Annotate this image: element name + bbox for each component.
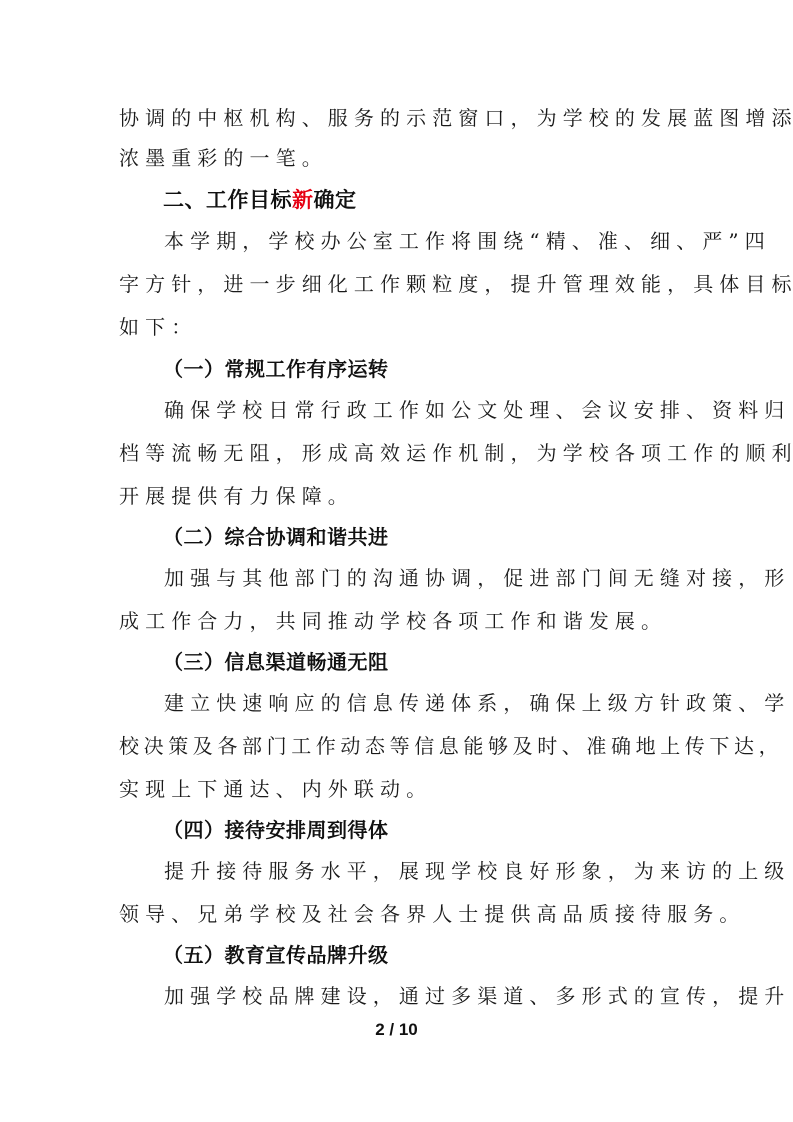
section-heading-prefix: 二、工作目标	[163, 188, 292, 212]
paragraph-line: 领导、兄弟学校及社会各界人士提供高品质接待服务。	[119, 902, 675, 926]
paragraph-line: 开展提供有力保障。	[119, 484, 675, 508]
subsection-heading: （五）教育宣传品牌升级	[163, 943, 389, 967]
paragraph-line: 浓墨重彩的一笔。	[119, 146, 675, 170]
paragraph-line: 建立快速响应的信息传递体系，确保上级方针政策、学	[164, 691, 720, 715]
paragraph-line: 本学期，学校办公室工作将围绕“精、准、细、严”四	[164, 229, 720, 253]
paragraph-line: 档等流畅无阻，形成高效运作机制，为学校各项工作的顺利	[119, 441, 675, 465]
section-heading-suffix: 确定	[314, 188, 357, 212]
subsection-heading: （三）信息渠道畅通无阻	[163, 650, 389, 674]
paragraph-line: 字方针，进一步细化工作颗粒度，提升管理效能，具体目标	[119, 272, 675, 296]
page-indicator: 2 / 10	[0, 1020, 793, 1040]
paragraph-line: 提升接待服务水平，展现学校良好形象，为来访的上级	[164, 859, 720, 883]
paragraph-line: 实现上下通达、内外联动。	[119, 777, 675, 801]
section-heading: 二、工作目标新确定	[163, 187, 357, 213]
document-page: 协调的中枢机构、服务的示范窗口，为学校的发展蓝图增添 浓墨重彩的一笔。 二、工作…	[0, 0, 793, 1122]
paragraph-line: 协调的中枢机构、服务的示范窗口，为学校的发展蓝图增添	[119, 106, 675, 130]
subsection-heading: （四）接待安排周到得体	[163, 818, 389, 842]
paragraph-line: 确保学校日常行政工作如公文处理、会议安排、资料归	[164, 398, 720, 422]
subsection-heading: （一）常规工作有序运转	[163, 357, 389, 381]
paragraph-line: 成工作合力，共同推动学校各项工作和谐发展。	[119, 609, 675, 633]
paragraph-line: 校决策及各部门工作动态等信息能够及时、准确地上传下达，	[119, 734, 675, 758]
section-heading-highlight: 新	[292, 188, 314, 212]
paragraph-line: 加强与其他部门的沟通协调，促进部门间无缝对接，形	[164, 566, 720, 590]
subsection-heading: （二）综合协调和谐共进	[163, 525, 389, 549]
paragraph-line: 加强学校品牌建设，通过多渠道、多形式的宣传，提升	[164, 984, 720, 1008]
paragraph-line: 如下：	[119, 315, 675, 339]
